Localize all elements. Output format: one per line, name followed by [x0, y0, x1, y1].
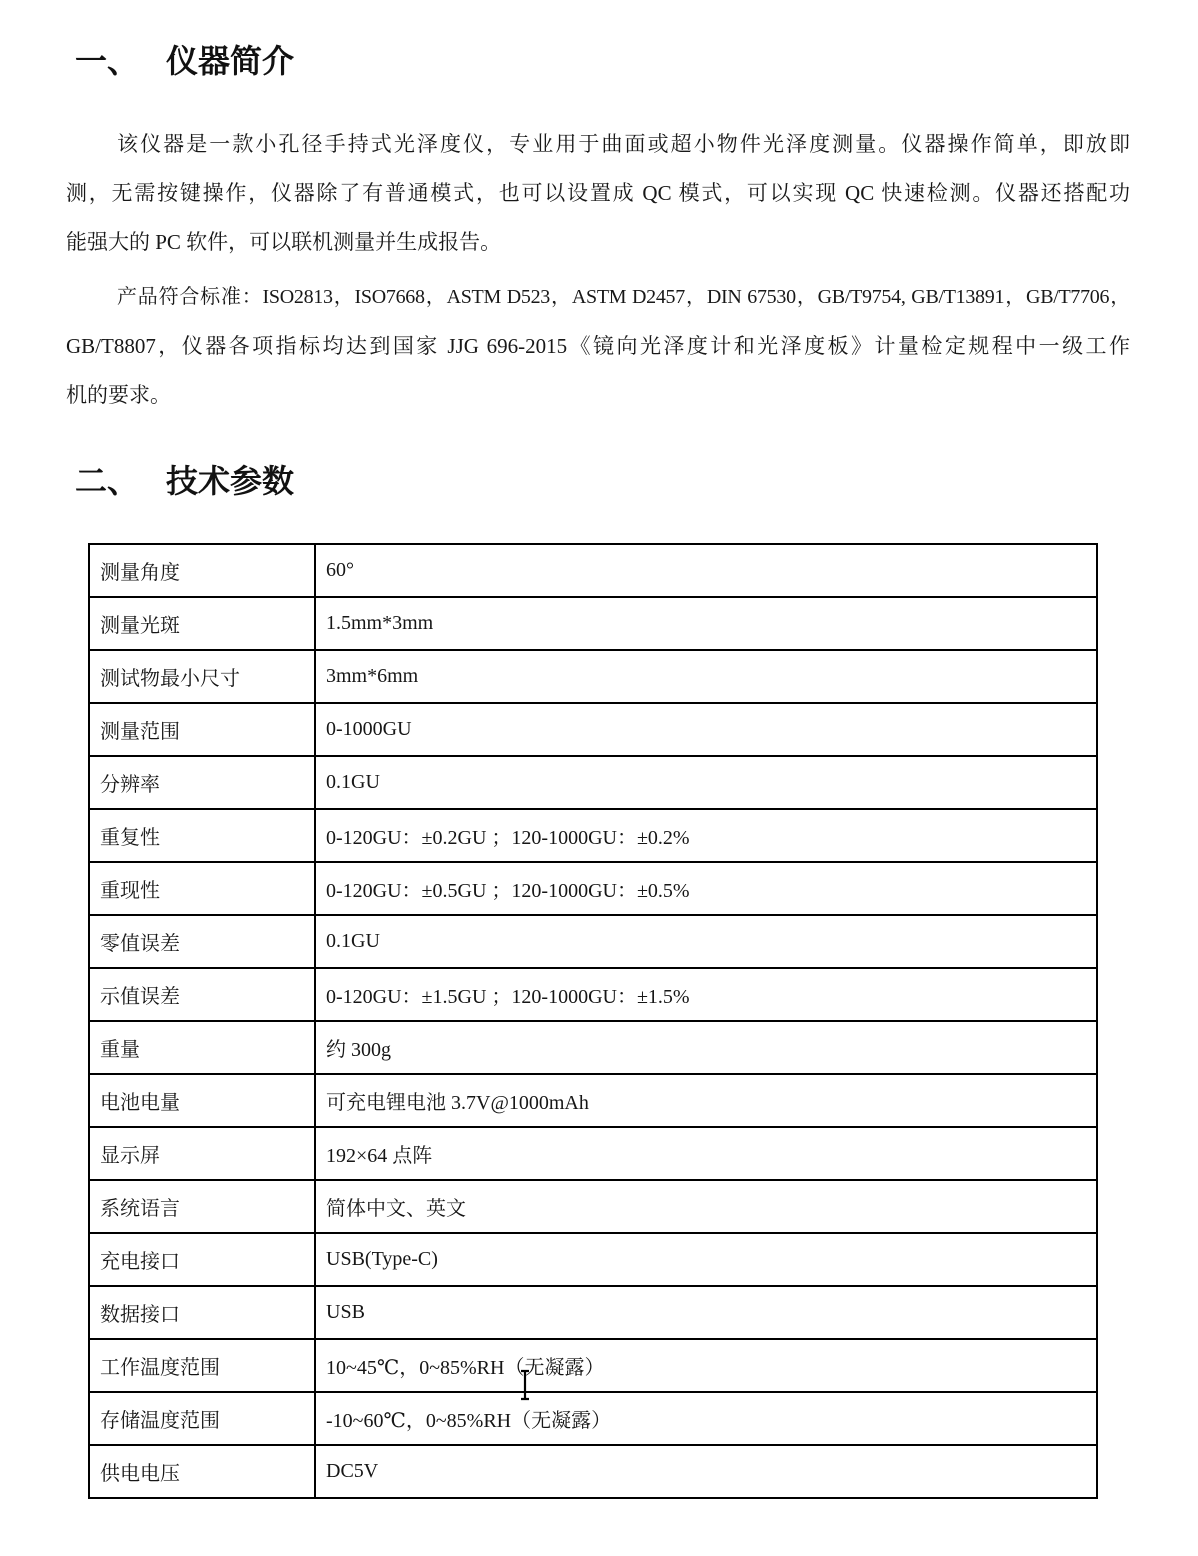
spec-value: 0.1GU: [315, 756, 1097, 809]
table-row: 重现性 0-120GU：±0.5GU ；120-1000GU：±0.5%: [89, 862, 1097, 915]
spec-label: 供电电压: [89, 1445, 315, 1498]
spec-label: 系统语言: [89, 1180, 315, 1233]
spec-value: 60°: [315, 544, 1097, 597]
table-row: 分辨率 0.1GU: [89, 756, 1097, 809]
intro-paragraphs: 该仪器是一款小孔径手持式光泽度仪，专业用于曲面或超小物件光泽度测量。仪器操作简单…: [66, 120, 1130, 420]
table-row: 系统语言 简体中文、英文: [89, 1180, 1097, 1233]
table-row: 测量范围 0-1000GU: [89, 703, 1097, 756]
table-row: 测量光斑 1.5mm*3mm: [89, 597, 1097, 650]
spec-label: 电池电量: [89, 1074, 315, 1127]
spec-table: 测量角度 60° 测量光斑 1.5mm*3mm 测试物最小尺寸 3mm*6mm …: [88, 543, 1098, 1499]
spec-value: USB: [315, 1286, 1097, 1339]
spec-value: 约 300g: [315, 1021, 1097, 1074]
spec-label: 分辨率: [89, 756, 315, 809]
section2-heading: 二、技术参数: [75, 456, 294, 502]
table-row: 数据接口 USB: [89, 1286, 1097, 1339]
spec-value: -10~60℃，0~85%RH（无凝露）: [315, 1392, 1097, 1445]
spec-label: 重复性: [89, 809, 315, 862]
paragraph2-line2: GB/T8807，仪器各项指标均达到国家 JJG 696-2015《镜向光泽度计…: [66, 322, 1130, 371]
table-row: 显示屏 192×64 点阵: [89, 1127, 1097, 1180]
paragraph1-line3: 能强大的 PC 软件，可以联机测量并生成报告。: [66, 218, 1130, 267]
section1-heading-title: 仪器简介: [166, 43, 294, 79]
paragraph2-line3: 机的要求。: [66, 371, 1130, 420]
paragraph1-line2: 测，无需按键操作，仪器除了有普通模式，也可以设置成 QC 模式，可以实现 QC …: [66, 169, 1130, 218]
spec-value: 0-120GU：±0.2GU ；120-1000GU：±0.2%: [315, 809, 1097, 862]
spec-label: 重现性: [89, 862, 315, 915]
spec-value: 0-120GU：±1.5GU ；120-1000GU：±1.5%: [315, 968, 1097, 1021]
spec-label: 重量: [89, 1021, 315, 1074]
table-row: 重复性 0-120GU：±0.2GU ；120-1000GU：±0.2%: [89, 809, 1097, 862]
spec-value: USB(Type-C): [315, 1233, 1097, 1286]
section1-heading: 一、仪器简介: [75, 36, 294, 82]
table-row: 充电接口 USB(Type-C): [89, 1233, 1097, 1286]
spec-label: 数据接口: [89, 1286, 315, 1339]
paragraph2-line1: 产品符合标准：ISO2813，ISO7668，ASTM D523，ASTM D2…: [66, 273, 1130, 322]
spec-label: 工作温度范围: [89, 1339, 315, 1392]
spec-label: 零值误差: [89, 915, 315, 968]
section2-heading-title: 技术参数: [166, 463, 294, 499]
table-row: 重量 约 300g: [89, 1021, 1097, 1074]
table-row: 零值误差 0.1GU: [89, 915, 1097, 968]
table-row: 示值误差 0-120GU：±1.5GU ；120-1000GU：±1.5%: [89, 968, 1097, 1021]
table-row: 供电电压 DC5V: [89, 1445, 1097, 1498]
table-row: 测量角度 60°: [89, 544, 1097, 597]
spec-value: 简体中文、英文: [315, 1180, 1097, 1233]
section1-heading-number: 一、: [75, 43, 139, 79]
spec-label: 存储温度范围: [89, 1392, 315, 1445]
table-row: 电池电量 可充电锂电池 3.7V@1000mAh: [89, 1074, 1097, 1127]
spec-label: 示值误差: [89, 968, 315, 1021]
table-row: 存储温度范围 -10~60℃，0~85%RH（无凝露）: [89, 1392, 1097, 1445]
spec-value: 0-120GU：±0.5GU ；120-1000GU：±0.5%: [315, 862, 1097, 915]
spec-label: 测量光斑: [89, 597, 315, 650]
spec-label: 测量范围: [89, 703, 315, 756]
spec-label: 测量角度: [89, 544, 315, 597]
spec-label: 充电接口: [89, 1233, 315, 1286]
section2-heading-number: 二、: [75, 463, 139, 499]
spec-value: DC5V: [315, 1445, 1097, 1498]
table-row: 测试物最小尺寸 3mm*6mm: [89, 650, 1097, 703]
spec-label: 测试物最小尺寸: [89, 650, 315, 703]
spec-value: 192×64 点阵: [315, 1127, 1097, 1180]
spec-label: 显示屏: [89, 1127, 315, 1180]
spec-value: 0.1GU: [315, 915, 1097, 968]
i-beam-cursor-icon: [518, 1369, 532, 1401]
spec-value: 0-1000GU: [315, 703, 1097, 756]
spec-value: 10~45℃，0~85%RH（无凝露）: [315, 1339, 1097, 1392]
spec-value: 3mm*6mm: [315, 650, 1097, 703]
spec-value: 可充电锂电池 3.7V@1000mAh: [315, 1074, 1097, 1127]
spec-value: 1.5mm*3mm: [315, 597, 1097, 650]
paragraph1-line1: 该仪器是一款小孔径手持式光泽度仪，专业用于曲面或超小物件光泽度测量。仪器操作简单…: [66, 120, 1130, 169]
table-row: 工作温度范围 10~45℃，0~85%RH（无凝露）: [89, 1339, 1097, 1392]
